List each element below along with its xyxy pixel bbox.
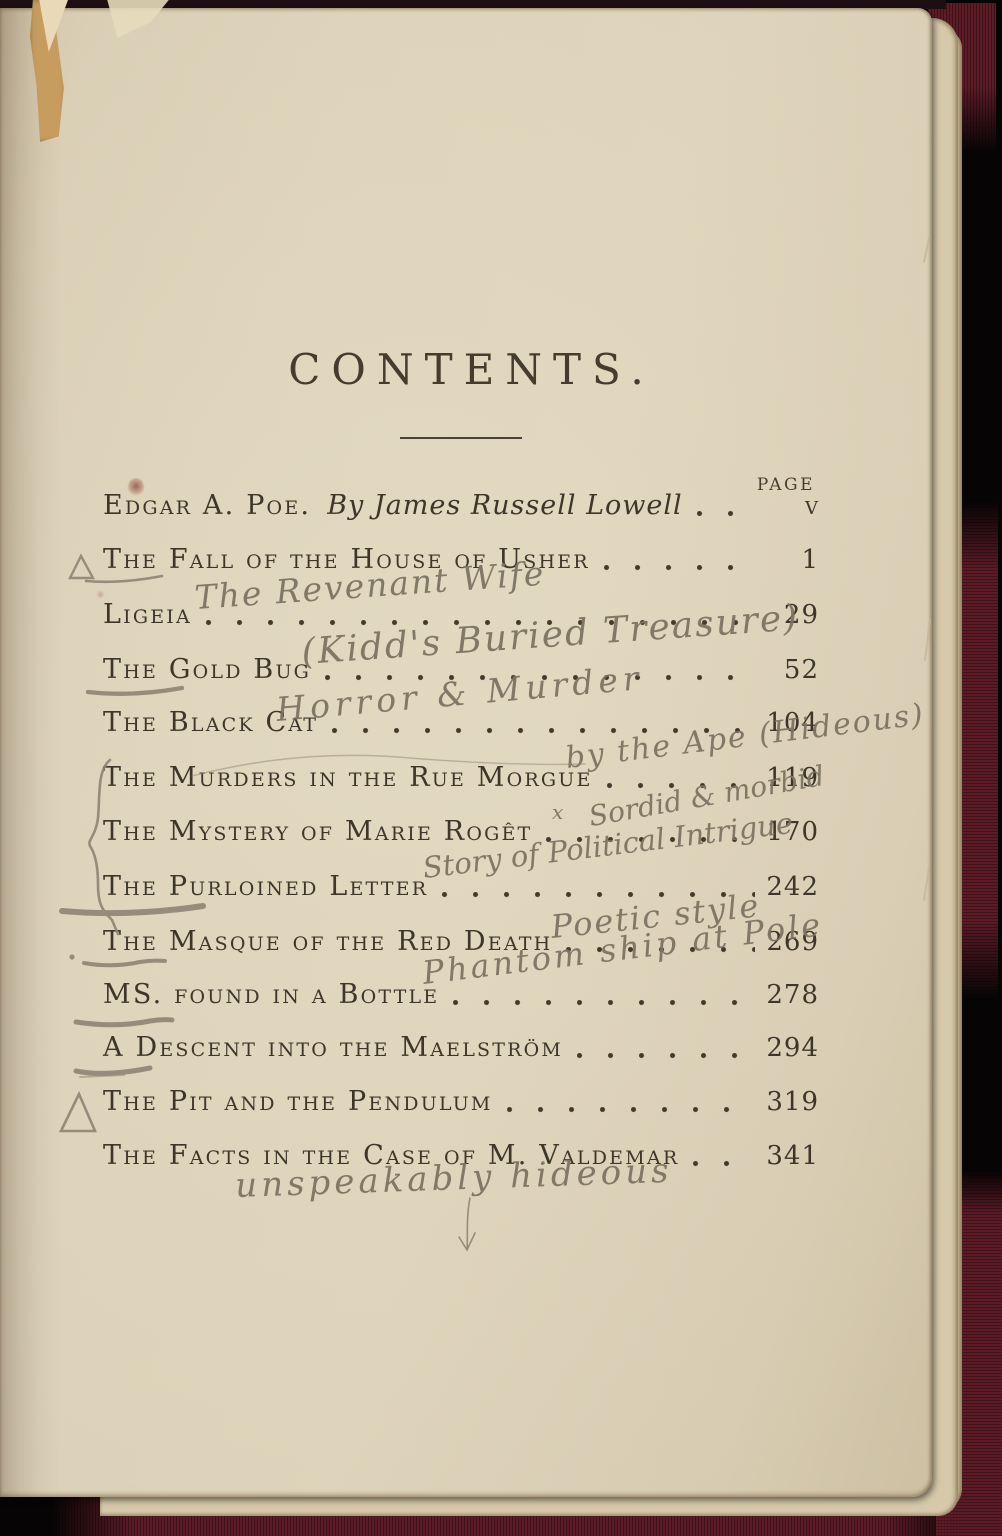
small-stain (96, 590, 105, 599)
toc-entry-page: 319 (765, 1087, 819, 1117)
toc-entry-page: 294 (765, 1033, 819, 1063)
toc-entry-title: MS. found in a Bottle (103, 979, 439, 1010)
toc-entry-page: 242 (765, 872, 819, 902)
toc-entry-page: 341 (765, 1141, 819, 1171)
foxing-stain (128, 478, 144, 496)
toc-entry: Edgar A. Poe. By James Russell Lowell v (103, 490, 819, 521)
toc-entry: A Descent into the Maelström 294 (103, 1032, 819, 1063)
page-title: CONTENTS. (0, 345, 932, 394)
leader-dots (604, 564, 755, 571)
leader-dots (577, 1052, 755, 1059)
toc-entry-title: Ligeia (103, 599, 192, 630)
contents-page: CONTENTS. PAGE Edgar A. Poe. By James Ru… (0, 8, 932, 1497)
leader-dots (453, 999, 755, 1006)
toc-entry-page: 278 (765, 980, 819, 1010)
leader-dots (697, 510, 755, 517)
toc-entry-page: v (765, 491, 819, 521)
toc-entry-title: The Purloined Letter (103, 871, 428, 902)
toc-entry-title: The Murders in the Rue Morgue (103, 762, 593, 793)
toc-entry-title: The Gold Bug (103, 654, 311, 685)
book-photo: { "book": { "cover_color": "#5c1c26", "p… (0, 0, 1002, 1536)
toc-entry-page: 1 (765, 545, 819, 575)
leader-dots (507, 1106, 755, 1113)
toc-entry-title: The Pit and the Pendulum (103, 1086, 493, 1117)
toc-entry-title: A Descent into the Maelström (103, 1032, 563, 1063)
title-rule (400, 437, 522, 439)
toc-entry-page: 52 (765, 655, 819, 685)
toc-entry-byline: By James Russell Lowell (327, 490, 682, 521)
toc-entry: The Pit and the Pendulum 319 (103, 1086, 819, 1117)
leader-dots (693, 1160, 755, 1167)
pencil-x-mark-roget: x (552, 800, 563, 824)
toc-entry-title: The Mystery of Marie Rogêt (103, 816, 532, 847)
